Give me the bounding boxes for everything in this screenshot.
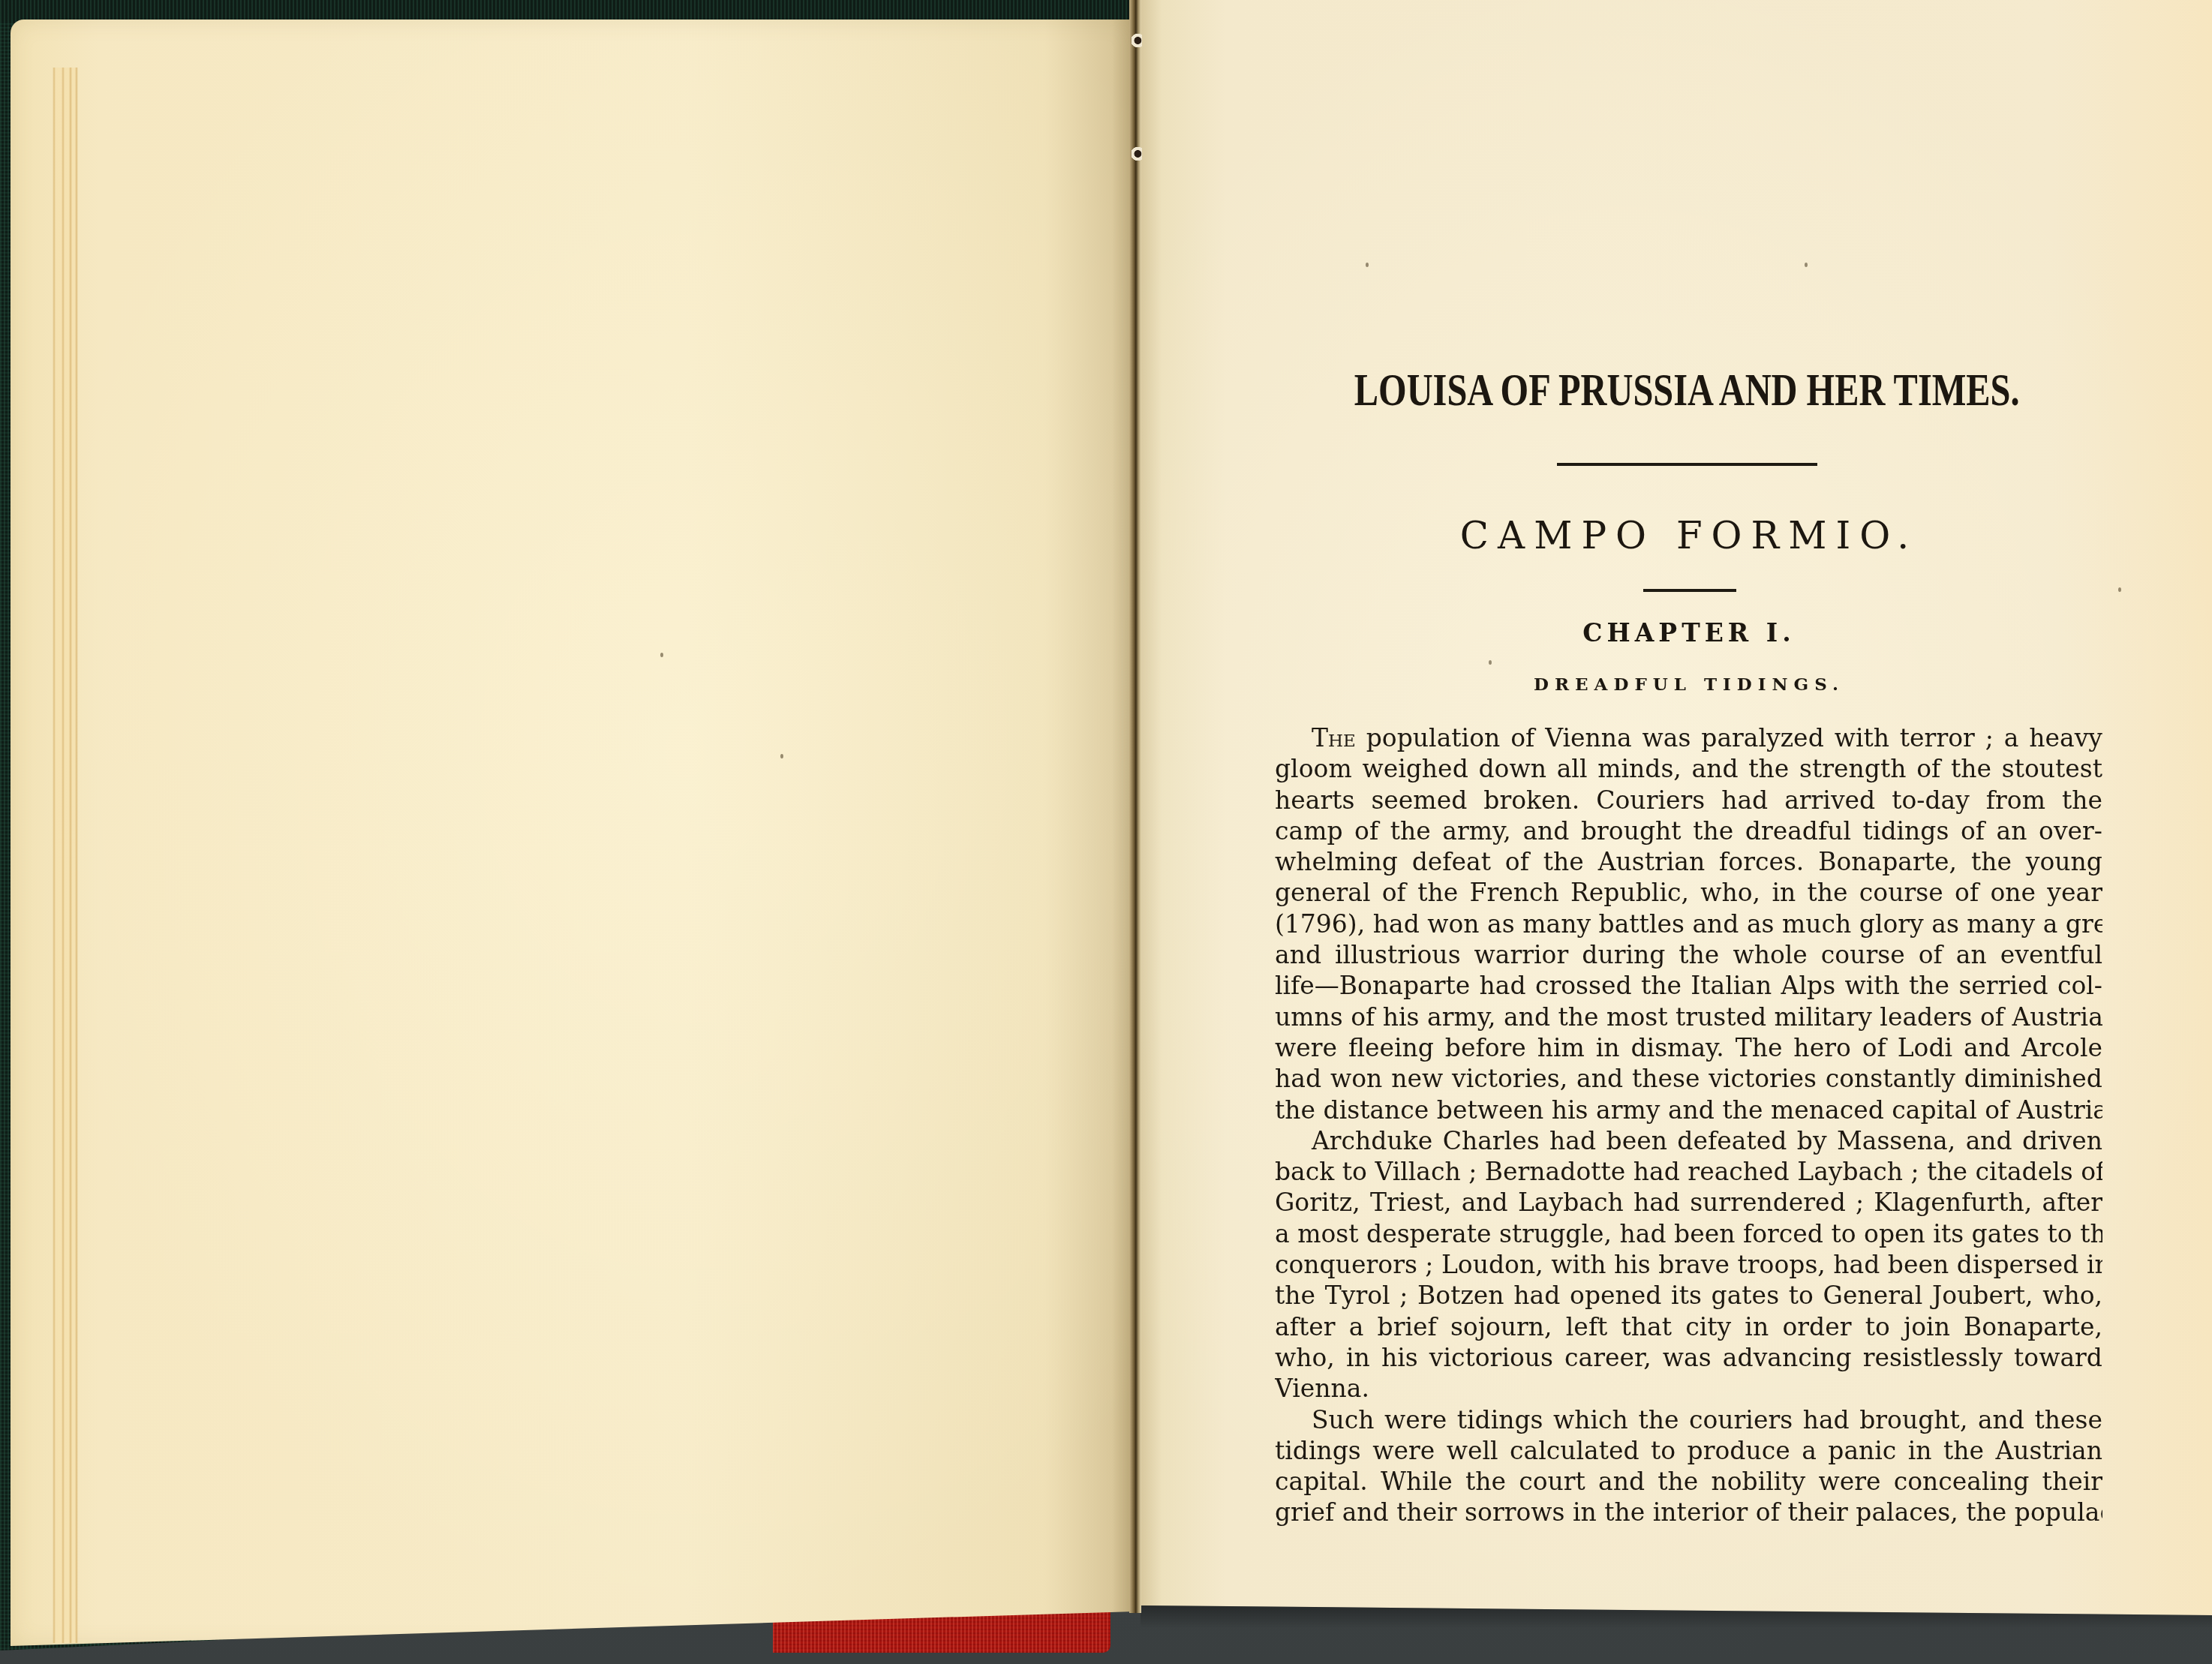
- body-line: had won new victories, and these victori…: [1275, 1063, 2102, 1094]
- book-cover-top-edge: [0, 0, 1133, 23]
- paper-speck: [780, 754, 783, 758]
- paper-speck: [1366, 263, 1369, 267]
- body-line: grief and their sorrows in the interior …: [1275, 1497, 2102, 1527]
- left-page-blank: [11, 20, 1135, 1646]
- body-line: tidings were well calculated to produce …: [1275, 1435, 2102, 1466]
- chapter-subtitle: DREADFUL TIDINGS.: [1276, 674, 2102, 696]
- body-line: hearts seemed broken. Couriers had arriv…: [1275, 785, 2102, 815]
- body-line: after a brief sojourn, left that city in…: [1275, 1311, 2102, 1342]
- body-line: whelming defeat of the Austrian forces. …: [1275, 846, 2102, 877]
- title-rule: [1557, 463, 1817, 466]
- paper-speck: [1489, 660, 1492, 665]
- body-line: gloom weighed down all minds, and the st…: [1275, 753, 2102, 784]
- paper-speck: [1805, 263, 1808, 267]
- part-rule: [1643, 589, 1736, 592]
- lead-word: The: [1312, 723, 1356, 752]
- body-line: Archduke Charles had been defeated by Ma…: [1275, 1125, 2102, 1156]
- body-line: camp of the army, and brought the dreadf…: [1275, 815, 2102, 846]
- body-line: back to Villach ; Bernadotte had reached…: [1275, 1156, 2102, 1187]
- body-line: a most desperate struggle, had been forc…: [1275, 1218, 2102, 1249]
- paper-speck: [660, 653, 663, 657]
- body-line: conquerors ; Loudon, with his brave troo…: [1275, 1249, 2102, 1280]
- body-line: who, in his victorious career, was advan…: [1275, 1342, 2102, 1373]
- book-gutter: [1129, 0, 1141, 1613]
- body-line: umns of his army, and the most trusted m…: [1275, 1002, 2102, 1032]
- body-line: capital. While the court and the nobilit…: [1275, 1466, 2102, 1497]
- binding-stitch-icon: [1132, 146, 1142, 161]
- body-line: (1796), had won as many battles and as m…: [1275, 909, 2102, 939]
- body-line: Goritz, Triest, and Laybach had surrende…: [1275, 1187, 2102, 1218]
- running-title-text: LOUISA OF PRUSSIA AND HER TIMES.: [1318, 360, 2056, 420]
- body-line: The population of Vienna was paralyzed w…: [1275, 722, 2102, 753]
- binding-stitch-icon: [1132, 33, 1142, 48]
- running-title: LOUISA OF PRUSSIA AND HER TIMES.: [1318, 360, 1894, 420]
- part-title: CAMPO FORMIO.: [1276, 513, 2102, 558]
- chapter-body: The population of Vienna was paralyzed w…: [1275, 722, 2102, 1528]
- paper-speck: [2118, 587, 2121, 592]
- body-line: the distance between his army and the me…: [1275, 1095, 2102, 1125]
- body-line: and illustrious warrior during the whole…: [1275, 939, 2102, 970]
- chapter-heading: CHAPTER I.: [1276, 618, 2102, 648]
- body-line: the Tyrol ; Botzen had opened its gates …: [1275, 1280, 2102, 1311]
- body-line: were fleeing before him in dismay. The h…: [1275, 1032, 2102, 1063]
- body-line: Vienna.: [1275, 1373, 2102, 1404]
- body-line: general of the French Republic, who, in …: [1275, 877, 2102, 908]
- body-line: life—Bonaparte had crossed the Italian A…: [1275, 970, 2102, 1001]
- body-line: Such were tidings which the couriers had…: [1275, 1404, 2102, 1435]
- left-page-stacked-leaf-edges: [53, 68, 78, 1643]
